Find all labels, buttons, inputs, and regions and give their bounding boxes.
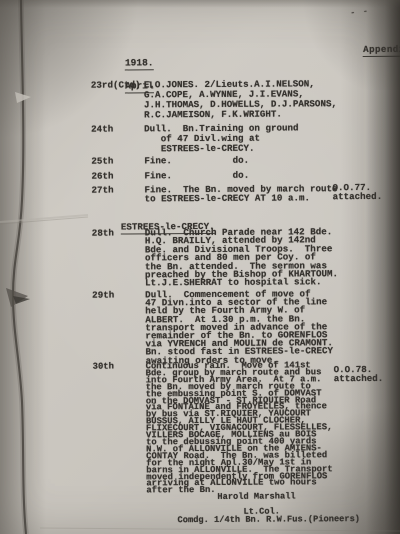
war-diary-photo: - - Appendix. 1918. April 23rd(Ctd) E.O.… <box>0 0 400 534</box>
photo-vignette <box>0 0 400 534</box>
